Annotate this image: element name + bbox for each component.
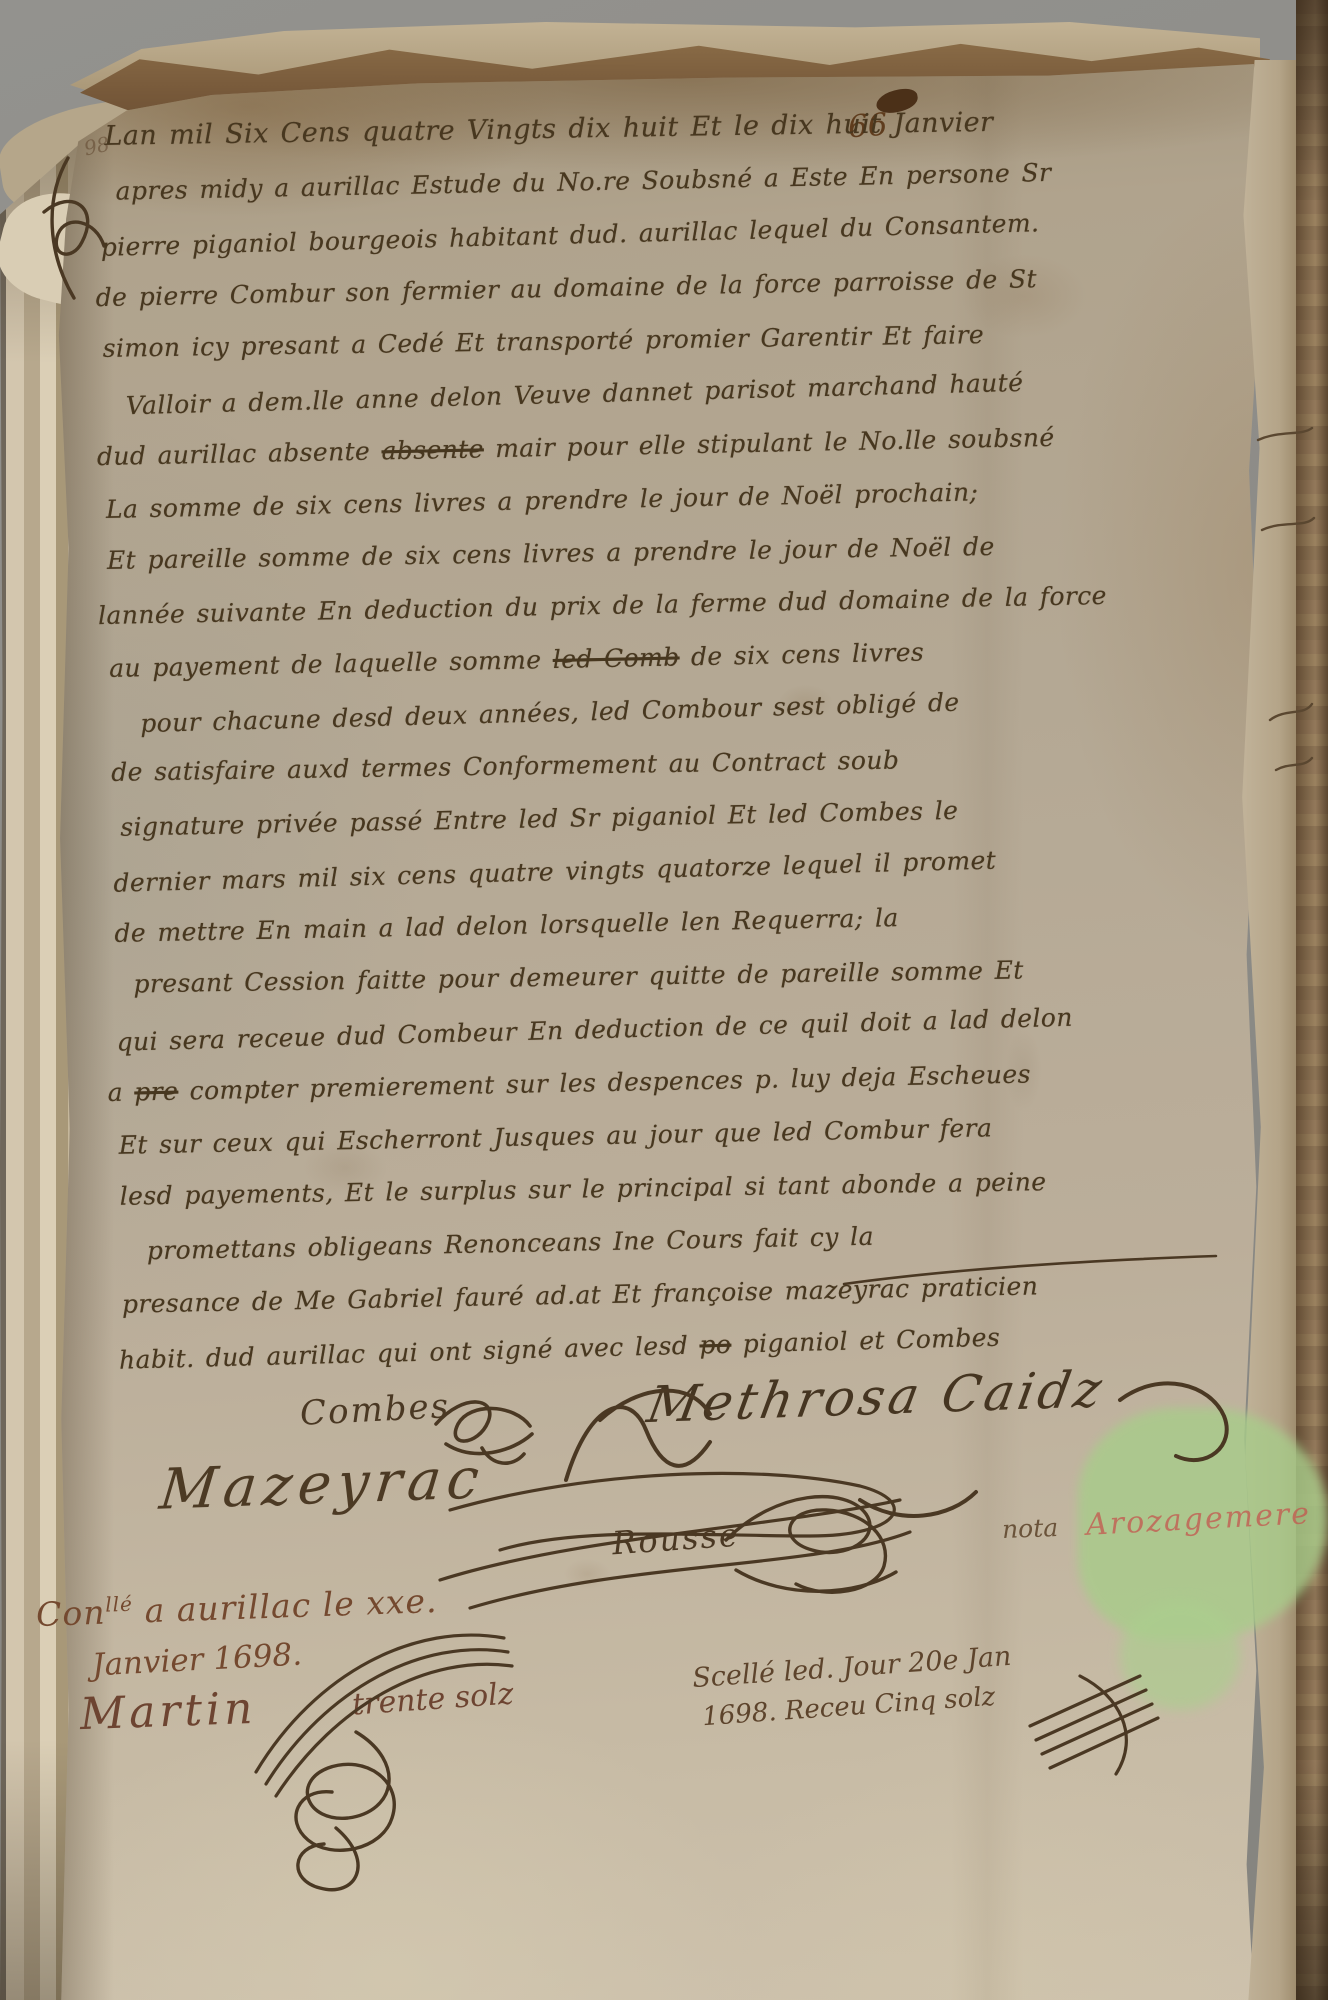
manuscript-page bbox=[54, 64, 1266, 2000]
photograph-of-notarial-register: { "colors":{"paper":"#b8ab97","ink":"#47… bbox=[0, 0, 1328, 2000]
book-fore-edge bbox=[1296, 0, 1328, 2000]
green-stain-small bbox=[1120, 1600, 1240, 1710]
